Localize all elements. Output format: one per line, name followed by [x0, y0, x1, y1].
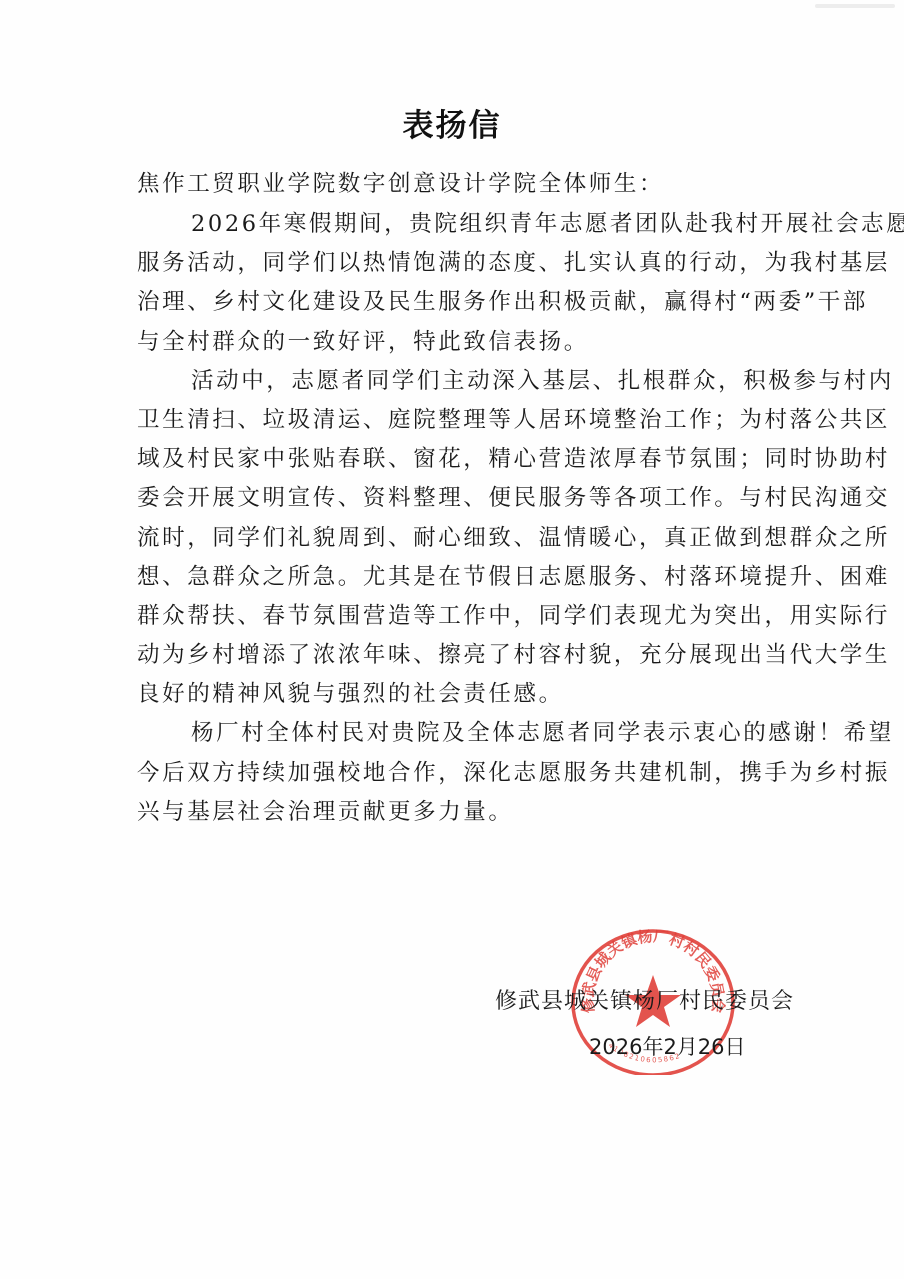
letter-body: 2026年寒假期间，贵院组织青年志愿者团队赴我村开展社会志愿 服务活动，同学们以… [137, 205, 777, 832]
paragraph: 活动中，志愿者同学们主动深入基层、扎根群众，积极参与村内 卫生清扫、垃圾清运、庭… [137, 362, 777, 715]
text-line: 想、急群众之所急。尤其是在节假日志愿服务、村落环境提升、困难 [137, 558, 777, 597]
text-line: 2026年寒假期间，贵院组织青年志愿者团队赴我村开展社会志愿 [137, 205, 777, 244]
text-line: 活动中，志愿者同学们主动深入基层、扎根群众，积极参与村内 [137, 362, 777, 401]
letter-title: 表扬信 [0, 100, 904, 145]
salutation: 焦作工贸职业学院数字创意设计学院全体师生： [137, 166, 664, 198]
text-line: 动为乡村增添了浓浓年味、擦亮了村容村貌，充分展现出当代大学生 [137, 636, 777, 675]
text-line: 卫生清扫、垃圾清运、庭院整理等人居环境整治工作；为村落公共区 [137, 401, 777, 440]
text-line: 兴与基层社会治理贡献更多力量。 [137, 793, 777, 832]
text-line: 域及村民家中张贴春联、窗花，精心营造浓厚春节氛围；同时协助村 [137, 440, 777, 479]
paragraph: 杨厂村全体村民对贵院及全体志愿者同学表示衷心的感谢！希望 今后双方持续加强校地合… [137, 714, 777, 832]
text-line: 流时，同学们礼貌周到、耐心细致、温情暖心，真正做到想群众之所 [137, 519, 777, 558]
text-line: 与全村群众的一致好评，特此致信表扬。 [137, 323, 777, 362]
letter-page: 表扬信 焦作工贸职业学院数字创意设计学院全体师生： 2026年寒假期间，贵院组织… [0, 0, 904, 1279]
paragraph: 2026年寒假期间，贵院组织青年志愿者团队赴我村开展社会志愿 服务活动，同学们以… [137, 205, 777, 362]
scan-artifact [815, 4, 895, 8]
text-line: 群众帮扶、春节氛围营造等工作中，同学们表现尤为突出，用实际行 [137, 597, 777, 636]
text-line: 委会开展文明宣传、资料整理、便民服务等各项工作。与村民沟通交 [137, 479, 777, 518]
text-line: 良好的精神风貌与强烈的社会责任感。 [137, 675, 777, 714]
text-line: 杨厂村全体村民对贵院及全体志愿者同学表示衷心的感谢！希望 [137, 714, 777, 753]
text-line: 服务活动，同学们以热情饱满的态度、扎实认真的行动，为我村基层 [137, 244, 777, 283]
text-line: 治理、乡村文化建设及民生服务作出积极贡献，赢得村“两委”干部 [137, 283, 777, 322]
signature-organization: 修武县城关镇杨厂村民委员会 [495, 984, 794, 1015]
signature-date: 2026年2月26日 [589, 1031, 746, 1061]
text-line: 今后双方持续加强校地合作，深化志愿服务共建机制，携手为乡村振 [137, 754, 777, 793]
